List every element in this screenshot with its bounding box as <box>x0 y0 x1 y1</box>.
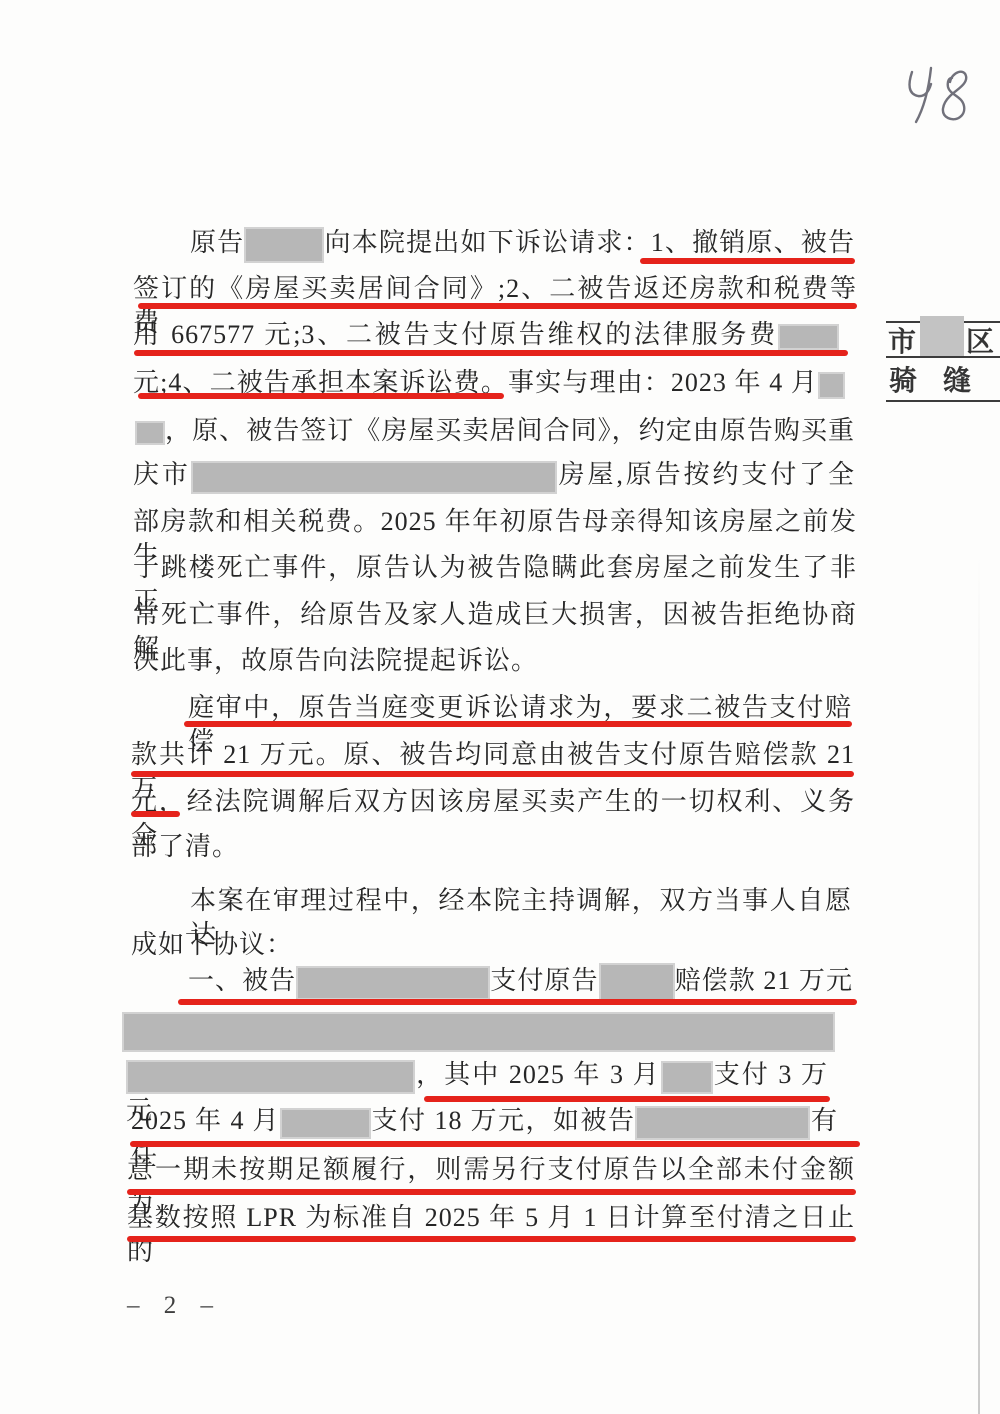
text-line-05: ，原、被告签订《房屋买卖居间合同》，约定由原告购买重 <box>135 414 855 448</box>
line-text: ，其中 2025 年 3 月 <box>415 1060 661 1089</box>
line-text: 赔偿款 21 万元 <box>675 966 853 995</box>
redaction-box <box>296 966 490 1000</box>
line-text: 用 667577 元;3、二被告支付原告维权的法律服务费 <box>133 320 778 349</box>
red-underline-annotation <box>127 1236 856 1242</box>
redaction-box <box>778 324 839 350</box>
redaction-box <box>191 461 557 494</box>
scan-fold-line <box>978 555 980 1414</box>
line-text: 2025 年 4 月 <box>131 1106 280 1135</box>
line-text: ，原、被告签订《房屋买卖居间合同》，约定由原告购买重 <box>165 416 855 445</box>
red-underline-annotation <box>131 771 854 777</box>
line-text: 支付原告 <box>490 966 598 995</box>
redaction-box <box>920 316 964 356</box>
seal-row-district: 市 区 <box>886 321 1000 358</box>
redaction-box <box>635 1106 810 1140</box>
redaction-box <box>126 1060 415 1094</box>
text-line-14: 部了清。 <box>131 830 855 864</box>
red-underline-annotation <box>138 393 504 399</box>
redaction-box <box>818 372 845 399</box>
red-underline-annotation <box>640 258 855 264</box>
red-underline-annotation <box>178 999 857 1005</box>
line-text: 一、被告 <box>188 966 296 995</box>
line-text: 房屋,原告按约支付了全 <box>557 460 855 489</box>
red-underline-annotation <box>424 1096 830 1102</box>
text-line-22: 基数按照 LPR 为标准自 2025 年 5 月 1 日计算至付清之日止的 <box>127 1201 855 1269</box>
text-line-10: 决此事，故原告向法院提起诉讼。 <box>133 644 857 678</box>
line-text: 向本院提出如下诉讼请求：1、撤销原、被告 <box>324 228 855 257</box>
line-text: 支付 18 万元，如被告 <box>371 1106 635 1135</box>
redaction-box <box>280 1108 371 1139</box>
redaction-box <box>135 421 165 445</box>
handwritten-page-number <box>898 62 968 126</box>
text-line-03: 用 667577 元;3、二被告支付原告维权的法律服务费 <box>133 318 839 352</box>
red-underline-annotation <box>131 811 180 817</box>
document-page: 市 区 骑 缝 原告向本院提出如下诉讼请求：1、撤销原、被告 签订的《房屋买卖居… <box>0 0 1000 1414</box>
line-text: 原告 <box>190 228 244 257</box>
footer-page-number: – 2 – <box>127 1292 222 1320</box>
seal-char-shi: 市 <box>888 320 916 360</box>
redaction-box <box>599 963 675 1003</box>
redaction-box <box>244 227 324 263</box>
text-line-06: 庆市房屋,原告按约支付了全 <box>133 458 855 494</box>
red-underline-annotation <box>127 1189 856 1195</box>
red-underline-annotation <box>130 1141 860 1147</box>
line-text: 庆市 <box>133 460 191 489</box>
seal-char-qu: 区 <box>966 320 994 360</box>
seal-row-qifeng: 骑 缝 <box>886 358 1000 402</box>
redaction-box <box>661 1061 713 1094</box>
page-edge-seal: 市 区 骑 缝 <box>886 321 1000 402</box>
red-underline-annotation <box>134 350 848 356</box>
red-underline-annotation <box>138 303 857 309</box>
text-line-17: 一、被告支付原告赔偿款 21 万元 <box>188 963 853 1003</box>
seal-char-feng: 缝 <box>943 359 971 399</box>
text-line-16: 成如下协议： <box>131 928 855 962</box>
seal-char-qi: 骑 <box>889 359 917 399</box>
redaction-box <box>122 1012 835 1052</box>
red-underline-annotation <box>184 721 852 727</box>
